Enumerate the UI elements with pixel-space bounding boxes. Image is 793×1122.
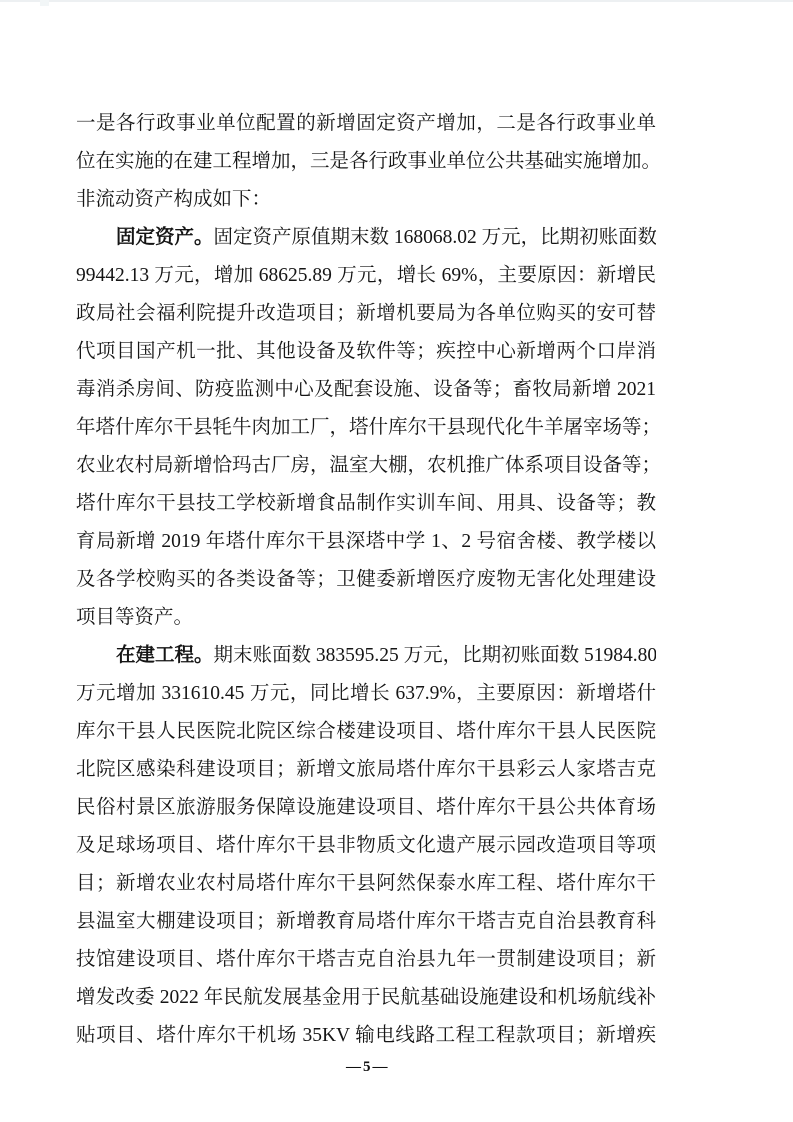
text-line: 政局社会福利院提升改造项目；新增机要局为各单位购买的安可替 [76,295,656,333]
text-line: 万元增加 331610.45 万元，同比增长 637.9%，主要原因：新增塔什 [76,675,656,713]
scan-smudge-artifact [40,0,49,6]
scanned-document-page: { "doc": { "lines": [ { "t": "一是各行政事业单位配… [0,0,793,1122]
text-line: 及各学校购买的各类设备等；卫健委新增医疗废物无害化处理建设 [76,561,656,599]
text-line: 技馆建设项目、塔什库尔干塔吉克自治县九年一贯制建设项目；新 [76,941,656,979]
text-line: 毒消杀房间、防疫监测中心及配套设施、设备等；畜牧局新增 2021 [76,371,656,409]
page-number: —5— [346,1059,390,1076]
text-run: 固定资产原值期末数 168068.02 万元，比期初账面数 [214,227,656,248]
text-line: 位在实施的在建工程增加，三是各行政事业单位公共基础实施增加。 [76,143,656,181]
text-line: 民俗村景区旅游服务保障设施建设项目、塔什库尔干县公共体育场 [76,789,656,827]
document-body: 一是各行政事业单位配置的新增固定资产增加，二是各行政事业单 位在实施的在建工程增… [76,105,656,1055]
text-line: 农业农村局新增恰玛古厂房，温室大棚，农机推广体系项目设备等； [76,447,656,485]
text-line: 代项目国产机一批、其他设备及软件等；疾控中心新增两个口岸消 [76,333,656,371]
paragraph-heading-fixed-assets: 固定资产。 [116,227,214,248]
text-line: 塔什库尔干县技工学校新增食品制作实训车间、用具、设备等；教 [76,485,656,523]
text-line: 增发改委 2022 年民航发展基金用于民航基础设施建设和机场航线补 [76,979,656,1017]
text-line: 固定资产。固定资产原值期末数 168068.02 万元，比期初账面数 [76,219,656,257]
paragraph-heading-construction-in-progress: 在建工程。 [116,645,214,666]
text-line: 库尔干县人民医院北院区综合楼建设项目、塔什库尔干县人民医院 [76,713,656,751]
text-line: 99442.13 万元，增加 68625.89 万元，增长 69%，主要原因：新… [76,257,656,295]
text-line: 育局新增 2019 年塔什库尔干县深塔中学 1、2 号宿舍楼、教学楼以 [76,523,656,561]
text-line: 北院区感染科建设项目；新增文旅局塔什库尔干县彩云人家塔吉克 [76,751,656,789]
text-line: 年塔什库尔干县牦牛肉加工厂，塔什库尔干县现代化牛羊屠宰场等； [76,409,656,447]
text-line: 县温室大棚建设项目；新增教育局塔什库尔干塔吉克自治县教育科 [76,903,656,941]
text-run: 期末账面数 383595.25 万元，比期初账面数 51984.80 [214,645,656,666]
text-line: 项目等资产。 [76,599,656,637]
text-line: 一是各行政事业单位配置的新增固定资产增加，二是各行政事业单 [76,105,656,143]
text-line: 目；新增农业农村局塔什库尔干县阿然保泰水库工程、塔什库尔干 [76,865,656,903]
text-line: 贴项目、塔什库尔干机场 35KV 输电线路工程工程款项目；新增疾 [76,1017,656,1055]
scan-edge-artifact [0,0,793,2]
text-line: 非流动资产构成如下： [76,181,656,219]
text-line: 在建工程。期末账面数 383595.25 万元，比期初账面数 51984.80 [76,637,656,675]
text-line: 及足球场项目、塔什库尔干县非物质文化遗产展示园改造项目等项 [76,827,656,865]
